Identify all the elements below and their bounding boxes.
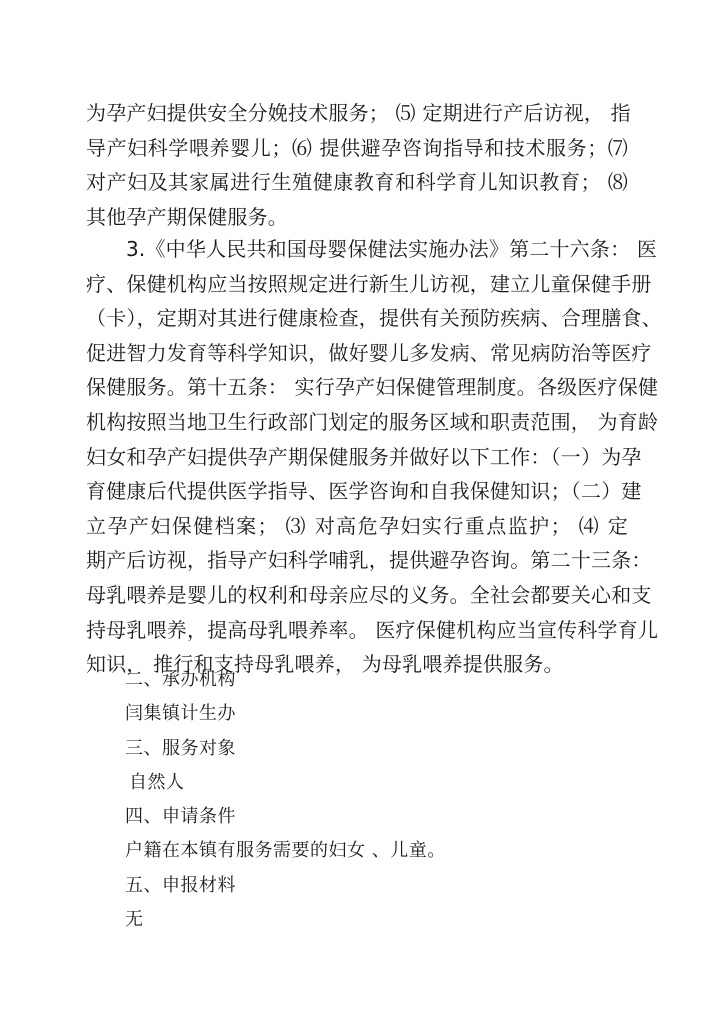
section-heading-application-conditions: 四、申请条件	[125, 800, 446, 834]
text-line: 期产后访视，指导产妇科学哺乳，提供避孕咨询。第二十三条：	[86, 543, 628, 578]
text-line: 机构按照当地卫生行政部门划定的服务区域和职责范围， 为育龄	[86, 405, 628, 440]
text-line: 促进智力发育等科学知识，做好婴儿多发病、常见病防治等医疗	[86, 336, 628, 371]
text-line: 妇女和孕产妇提供孕产期保健服务并做好以下工作：（一）为孕	[86, 440, 628, 475]
text-line: 导产妇科学喂养婴儿；⑹ 提供避孕咨询指导和技术服务；⑺	[86, 131, 628, 166]
text-line: 其他孕产期保健服务。	[86, 200, 628, 235]
paragraph-law-implementation-measures: 3.《中华人民共和国母婴保健法实施办法》第二十六条： 医 疗、保健机构应当按照规…	[86, 232, 628, 682]
text-line: 立孕产妇保健档案； ⑶ 对高危孕妇实行重点监护； ⑷ 定	[86, 509, 628, 544]
section-heading-service-target: 三、服务对象	[125, 732, 446, 766]
text-line: 疗、保健机构应当按照规定进行新生儿访视，建立儿童保健手册	[86, 267, 628, 302]
text-line: 母乳喂养是婴儿的权利和母亲应尽的义务。全社会都要关心和支	[86, 578, 628, 613]
section-content-application-materials: 无	[125, 903, 446, 937]
section-content-organizer: 闫集镇计生办	[125, 697, 446, 731]
text-line: （卡），定期对其进行健康检查，提供有关预防疾病、合理膳食、	[86, 301, 628, 336]
section-heading-application-materials: 五、申报材料	[125, 869, 446, 903]
text-line: 保健服务。第十五条： 实行孕产妇保健管理制度。各级医疗保健	[86, 370, 628, 405]
section-outline: 二、承办机构 闫集镇计生办 三、服务对象 自然人 四、申请条件 户籍在本镇有服务…	[125, 663, 446, 937]
document-page: 为孕产妇提供安全分娩技术服务； ⑸ 定期进行产后访视， 指 导产妇科学喂养婴儿；…	[0, 0, 715, 1011]
section-content-service-target: 自然人	[125, 766, 446, 800]
paragraph-maternal-services-continued: 为孕产妇提供安全分娩技术服务； ⑸ 定期进行产后访视， 指 导产妇科学喂养婴儿；…	[86, 96, 628, 234]
text-line: 3.《中华人民共和国母婴保健法实施办法》第二十六条： 医	[86, 232, 628, 267]
text-line: 为孕产妇提供安全分娩技术服务； ⑸ 定期进行产后访视， 指	[86, 96, 628, 131]
text-line: 对产妇及其家属进行生殖健康教育和科学育儿知识教育； ⑻	[86, 165, 628, 200]
section-heading-organizer: 二、承办机构	[125, 663, 446, 697]
text-line: 育健康后代提供医学指导、医学咨询和自我保健知识；（二）建	[86, 474, 628, 509]
section-content-application-conditions: 户籍在本镇有服务需要的妇女 、儿童。	[125, 834, 446, 868]
text-line: 持母乳喂养，提高母乳喂养率。 医疗保健机构应当宣传科学育儿	[86, 613, 628, 648]
